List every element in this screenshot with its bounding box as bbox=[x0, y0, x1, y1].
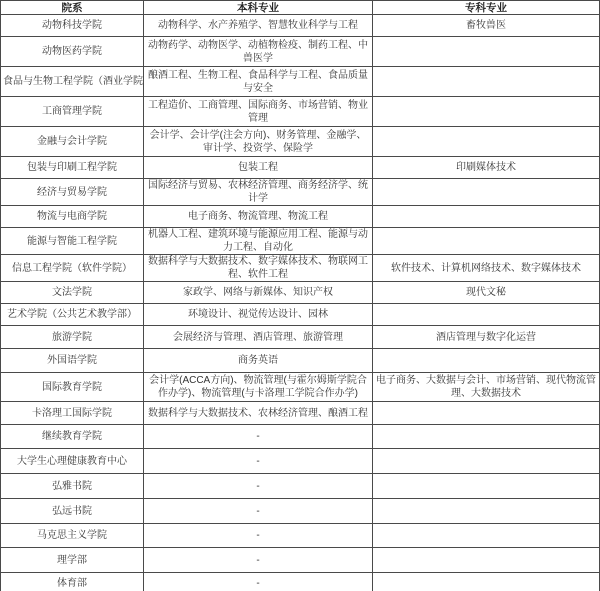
undergraduate-cell: 动物科学、水产养殖学、智慧牧业科学与工程 bbox=[144, 15, 373, 37]
vocational-cell bbox=[373, 127, 600, 157]
dept-cell: 卡洛理工国际学院 bbox=[1, 402, 144, 425]
table-row: 体育部- bbox=[1, 573, 600, 591]
dept-cell: 动物科技学院 bbox=[1, 15, 144, 37]
table-row: 动物医药学院动物药学、动物医学、动植物检疫、制药工程、中兽医学 bbox=[1, 37, 600, 67]
vocational-cell bbox=[373, 499, 600, 524]
dept-cell: 工商管理学院 bbox=[1, 97, 144, 127]
dept-cell: 能源与智能工程学院 bbox=[1, 228, 144, 255]
table-row: 国际教育学院会计学(ACCA方向)、物流管理(与霍尔姆斯学院合作办学)、物流管理… bbox=[1, 373, 600, 402]
vocational-cell: 电子商务、大数据与会计、市场营销、现代物流管理、大数据技术 bbox=[373, 373, 600, 402]
majors-table: 院系 本科专业 专科专业 动物科技学院动物科学、水产养殖学、智慧牧业科学与工程畜… bbox=[0, 0, 600, 591]
undergraduate-cell: 数据科学与大数据技术、数字媒体技术、物联网工程、软件工程 bbox=[144, 255, 373, 282]
table-row: 物流与电商学院电子商务、物流管理、物流工程 bbox=[1, 206, 600, 228]
undergraduate-cell: 电子商务、物流管理、物流工程 bbox=[144, 206, 373, 228]
vocational-cell: 畜牧兽医 bbox=[373, 15, 600, 37]
vocational-cell bbox=[373, 179, 600, 206]
table-row: 工商管理学院工程造价、工商管理、国际商务、市场营销、物业管理 bbox=[1, 97, 600, 127]
undergraduate-cell: 包装工程 bbox=[144, 157, 373, 179]
vocational-cell bbox=[373, 425, 600, 449]
undergraduate-cell: 国际经济与贸易、农林经济管理、商务经济学、统计学 bbox=[144, 179, 373, 206]
dept-cell: 旅游学院 bbox=[1, 326, 144, 349]
dept-cell: 动物医药学院 bbox=[1, 37, 144, 67]
dept-cell: 艺术学院（公共艺术教学部） bbox=[1, 304, 144, 326]
undergraduate-cell: - bbox=[144, 474, 373, 499]
table-row: 大学生心理健康教育中心- bbox=[1, 449, 600, 474]
vocational-cell bbox=[373, 67, 600, 97]
dept-cell: 国际教育学院 bbox=[1, 373, 144, 402]
table-row: 卡洛理工国际学院数据科学与大数据技术、农林经济管理、酿酒工程 bbox=[1, 402, 600, 425]
vocational-cell bbox=[373, 206, 600, 228]
undergraduate-cell: 工程造价、工商管理、国际商务、市场营销、物业管理 bbox=[144, 97, 373, 127]
table-row: 旅游学院会展经济与管理、酒店管理、旅游管理酒店管理与数字化运营 bbox=[1, 326, 600, 349]
vocational-cell bbox=[373, 449, 600, 474]
undergraduate-cell: - bbox=[144, 425, 373, 449]
undergraduate-cell: 会计学、会计学(注会方向)、财务管理、金融学、审计学、投资学、保险学 bbox=[144, 127, 373, 157]
column-header-vocational: 专科专业 bbox=[373, 1, 600, 15]
undergraduate-cell: - bbox=[144, 499, 373, 524]
dept-cell: 继续教育学院 bbox=[1, 425, 144, 449]
dept-cell: 弘雅书院 bbox=[1, 474, 144, 499]
dept-cell: 食品与生物工程学院（酒业学院） bbox=[1, 67, 144, 97]
undergraduate-cell: - bbox=[144, 524, 373, 548]
header-row: 院系 本科专业 专科专业 bbox=[1, 1, 600, 15]
undergraduate-cell: 会计学(ACCA方向)、物流管理(与霍尔姆斯学院合作办学)、物流管理(与卡洛理工… bbox=[144, 373, 373, 402]
dept-cell: 理学部 bbox=[1, 548, 144, 573]
table-row: 食品与生物工程学院（酒业学院）酿酒工程、生物工程、食品科学与工程、食品质量与安全 bbox=[1, 67, 600, 97]
vocational-cell bbox=[373, 97, 600, 127]
dept-cell: 金融与会计学院 bbox=[1, 127, 144, 157]
column-header-undergraduate: 本科专业 bbox=[144, 1, 373, 15]
dept-cell: 马克思主义学院 bbox=[1, 524, 144, 548]
dept-cell: 弘远书院 bbox=[1, 499, 144, 524]
undergraduate-cell: 环境设计、视觉传达设计、园林 bbox=[144, 304, 373, 326]
undergraduate-cell: 会展经济与管理、酒店管理、旅游管理 bbox=[144, 326, 373, 349]
vocational-cell: 软件技术、计算机网络技术、数字媒体技术 bbox=[373, 255, 600, 282]
undergraduate-cell: - bbox=[144, 573, 373, 591]
dept-cell: 物流与电商学院 bbox=[1, 206, 144, 228]
vocational-cell: 印刷媒体技术 bbox=[373, 157, 600, 179]
undergraduate-cell: - bbox=[144, 449, 373, 474]
dept-cell: 文法学院 bbox=[1, 282, 144, 304]
table-row: 艺术学院（公共艺术教学部）环境设计、视觉传达设计、园林 bbox=[1, 304, 600, 326]
vocational-cell bbox=[373, 524, 600, 548]
vocational-cell bbox=[373, 402, 600, 425]
table-row: 经济与贸易学院国际经济与贸易、农林经济管理、商务经济学、统计学 bbox=[1, 179, 600, 206]
table-row: 文法学院家政学、网络与新媒体、知识产权现代文秘 bbox=[1, 282, 600, 304]
column-header-dept: 院系 bbox=[1, 1, 144, 15]
dept-cell: 经济与贸易学院 bbox=[1, 179, 144, 206]
table-row: 动物科技学院动物科学、水产养殖学、智慧牧业科学与工程畜牧兽医 bbox=[1, 15, 600, 37]
vocational-cell bbox=[373, 37, 600, 67]
table-row: 信息工程学院（软件学院）数据科学与大数据技术、数字媒体技术、物联网工程、软件工程… bbox=[1, 255, 600, 282]
dept-cell: 包装与印刷工程学院 bbox=[1, 157, 144, 179]
vocational-cell bbox=[373, 573, 600, 591]
undergraduate-cell: 动物药学、动物医学、动植物检疫、制药工程、中兽医学 bbox=[144, 37, 373, 67]
table-row: 金融与会计学院会计学、会计学(注会方向)、财务管理、金融学、审计学、投资学、保险… bbox=[1, 127, 600, 157]
dept-cell: 大学生心理健康教育中心 bbox=[1, 449, 144, 474]
undergraduate-cell: 家政学、网络与新媒体、知识产权 bbox=[144, 282, 373, 304]
undergraduate-cell: 酿酒工程、生物工程、食品科学与工程、食品质量与安全 bbox=[144, 67, 373, 97]
dept-cell: 外国语学院 bbox=[1, 349, 144, 373]
vocational-cell: 酒店管理与数字化运营 bbox=[373, 326, 600, 349]
undergraduate-cell: - bbox=[144, 548, 373, 573]
vocational-cell: 现代文秘 bbox=[373, 282, 600, 304]
page: 院系 本科专业 专科专业 动物科技学院动物科学、水产养殖学、智慧牧业科学与工程畜… bbox=[0, 0, 600, 591]
table-row: 继续教育学院- bbox=[1, 425, 600, 449]
table-row: 能源与智能工程学院机器人工程、建筑环境与能源应用工程、能源与动力工程、自动化 bbox=[1, 228, 600, 255]
vocational-cell bbox=[373, 548, 600, 573]
dept-cell: 体育部 bbox=[1, 573, 144, 591]
table-row: 弘雅书院- bbox=[1, 474, 600, 499]
table-row: 包装与印刷工程学院包装工程印刷媒体技术 bbox=[1, 157, 600, 179]
table-row: 理学部- bbox=[1, 548, 600, 573]
table-row: 外国语学院商务英语 bbox=[1, 349, 600, 373]
vocational-cell bbox=[373, 349, 600, 373]
vocational-cell bbox=[373, 304, 600, 326]
vocational-cell bbox=[373, 474, 600, 499]
table-row: 弘远书院- bbox=[1, 499, 600, 524]
table-row: 马克思主义学院- bbox=[1, 524, 600, 548]
undergraduate-cell: 机器人工程、建筑环境与能源应用工程、能源与动力工程、自动化 bbox=[144, 228, 373, 255]
undergraduate-cell: 商务英语 bbox=[144, 349, 373, 373]
vocational-cell bbox=[373, 228, 600, 255]
dept-cell: 信息工程学院（软件学院） bbox=[1, 255, 144, 282]
undergraduate-cell: 数据科学与大数据技术、农林经济管理、酿酒工程 bbox=[144, 402, 373, 425]
